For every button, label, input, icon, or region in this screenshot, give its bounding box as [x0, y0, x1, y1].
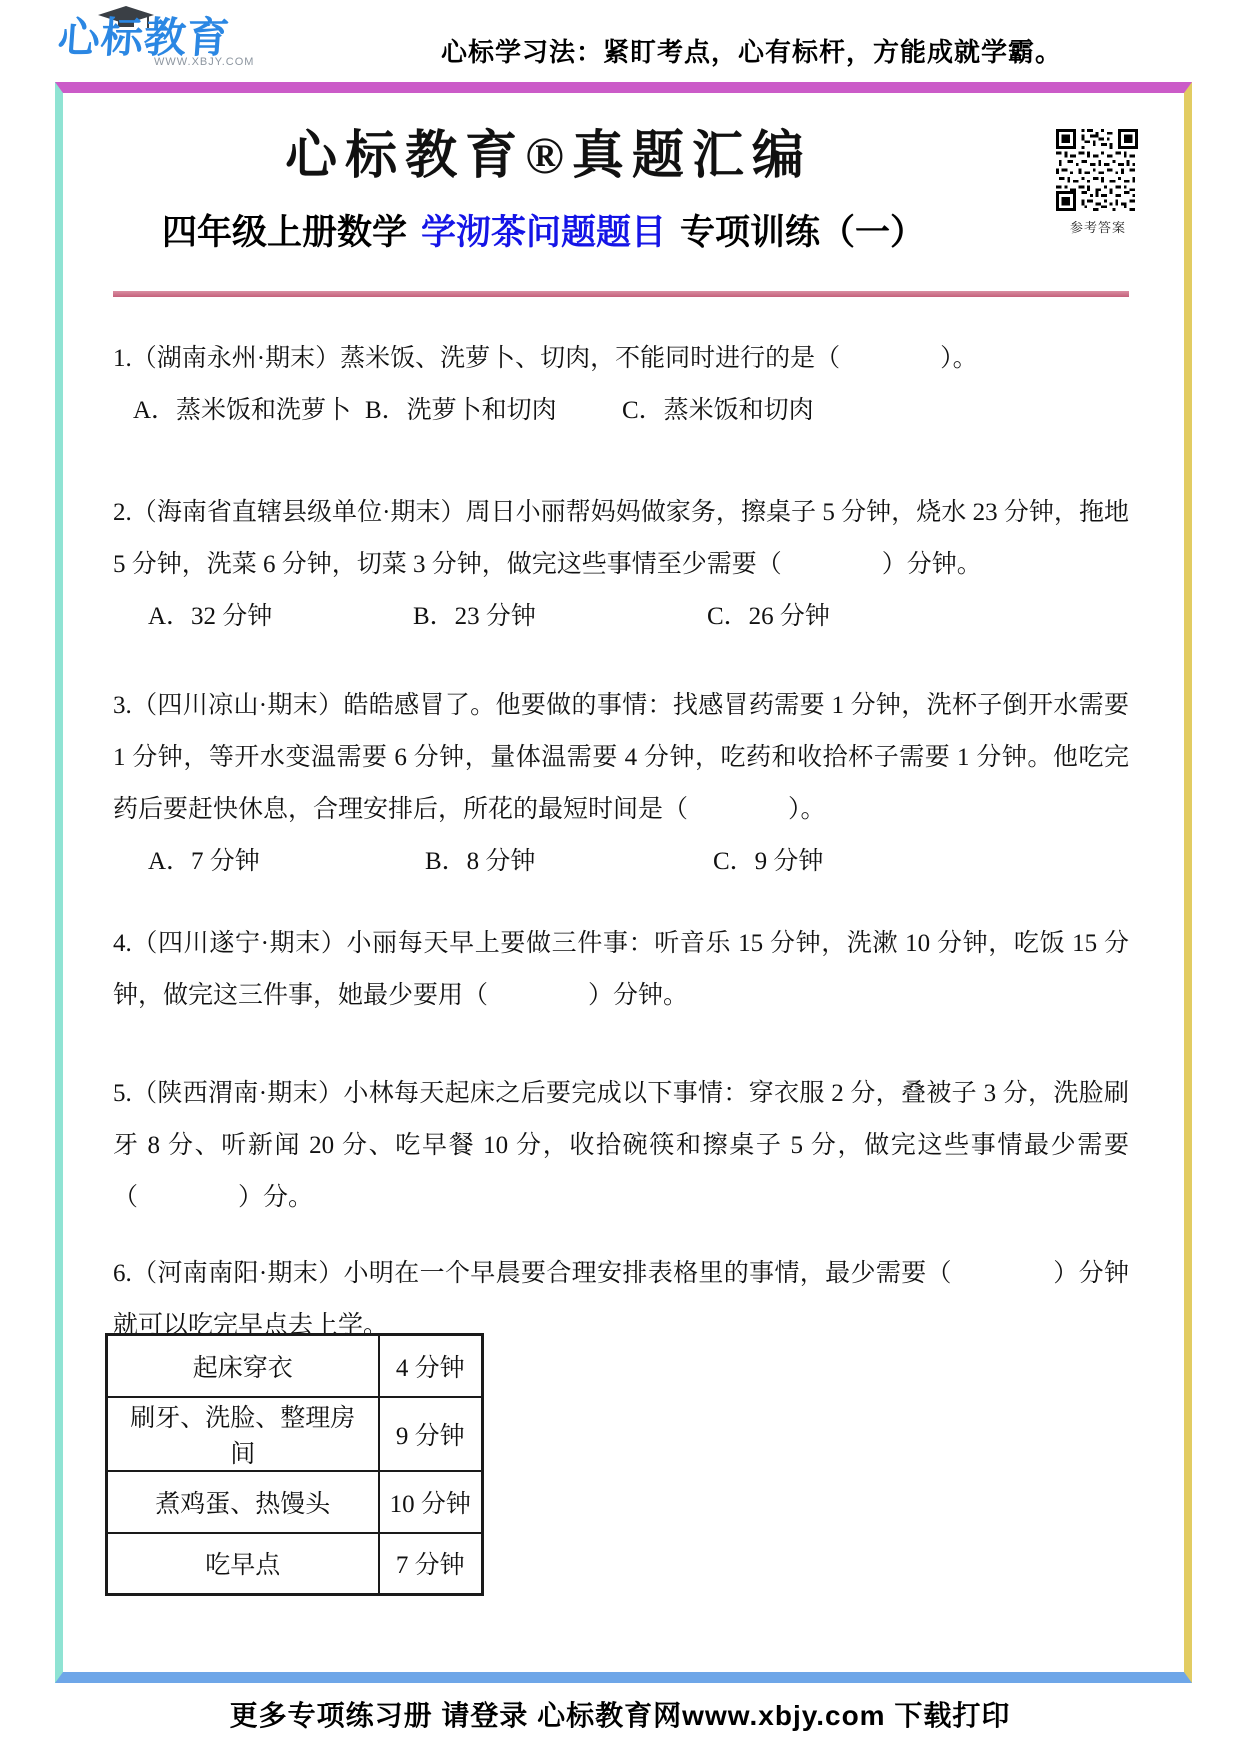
table-row: 吃早点 7 分钟	[107, 1533, 483, 1595]
task-cell: 起床穿衣	[107, 1335, 379, 1397]
question-3-option-a: A．7 分钟	[148, 836, 260, 888]
footer-note: 更多专项练习册 请登录 心标教育网www.xbjy.com 下载打印	[0, 1694, 1240, 1734]
time-cell: 9 分钟	[379, 1397, 483, 1471]
page-frame: 心标教育®真题汇编 参考答案 四年级上册数学学沏茶问题题目专项训练（一） 1.（…	[55, 82, 1192, 1683]
question-2: 2.（海南省直辖县级单位·期末）周日小丽帮妈妈做家务，擦桌子 5 分钟，烧水 2…	[113, 487, 1129, 643]
table-row: 刷牙、洗脸、整理房间 9 分钟	[107, 1397, 483, 1471]
header-slogan: 心标学习法：紧盯考点，心有标杆，方能成就学霸。	[441, 32, 1062, 69]
question-1-option-a: A．蒸米饭和洗萝卜	[133, 385, 351, 437]
question-2-option-c: C．26 分钟	[707, 591, 830, 643]
subtitle-highlight: 学沏茶问题题目	[421, 213, 666, 252]
task-cell: 吃早点	[107, 1533, 379, 1595]
question-3-option-b: B．8 分钟	[425, 836, 535, 888]
question-1-option-c: C．蒸米饭和切肉	[622, 385, 814, 437]
subtitle-suffix: 专项训练（一）	[680, 213, 925, 252]
question-3-options: A．7 分钟 B．8 分钟 C．9 分钟	[113, 836, 1129, 888]
question-5-text: 5.（陕西渭南·期末）小林每天起床之后要完成以下事情：穿衣服 2 分，叠被子 3…	[113, 1068, 1129, 1224]
title-divider	[113, 291, 1129, 297]
time-cell: 4 分钟	[379, 1335, 483, 1397]
qr-code-icon	[1056, 129, 1138, 211]
question-3-option-c: C．9 分钟	[713, 836, 823, 888]
task-cell: 煮鸡蛋、热馒头	[107, 1471, 379, 1533]
document-title: 心标教育®真题汇编	[63, 113, 1184, 188]
question-1-option-b: B．洗萝卜和切肉	[365, 385, 557, 437]
question-3: 3.（四川凉山·期末）皓皓感冒了。他要做的事情：找感冒药需要 1 分钟，洗杯子倒…	[113, 680, 1129, 888]
question-3-text: 3.（四川凉山·期末）皓皓感冒了。他要做的事情：找感冒药需要 1 分钟，洗杯子倒…	[113, 680, 1129, 836]
question-1-options: A．蒸米饭和洗萝卜 B．洗萝卜和切肉 C．蒸米饭和切肉	[113, 385, 1129, 437]
question-5: 5.（陕西渭南·期末）小林每天起床之后要完成以下事情：穿衣服 2 分，叠被子 3…	[113, 1068, 1129, 1224]
question-2-option-a: A．32 分钟	[148, 591, 272, 643]
question-2-text: 2.（海南省直辖县级单位·期末）周日小丽帮妈妈做家务，擦桌子 5 分钟，烧水 2…	[113, 487, 1129, 591]
question-1: 1.（湖南永州·期末）蒸米饭、洗萝卜、切肉，不能同时进行的是（ ）。 A．蒸米饭…	[113, 333, 1129, 437]
logo-text: 心标教育	[56, 16, 289, 60]
table-row: 煮鸡蛋、热馒头 10 分钟	[107, 1471, 483, 1533]
question-2-option-b: B．23 分钟	[413, 591, 536, 643]
subtitle-prefix: 四年级上册数学	[162, 213, 407, 252]
question-4-text: 4.（四川遂宁·期末）小丽每天早上要做三件事：听音乐 15 分钟，洗漱 10 分…	[113, 918, 1129, 1022]
time-cell: 7 分钟	[379, 1533, 483, 1595]
table-row: 起床穿衣 4 分钟	[107, 1335, 483, 1397]
question-1-text: 1.（湖南永州·期末）蒸米饭、洗萝卜、切肉，不能同时进行的是（ ）。	[113, 333, 1129, 385]
morning-tasks-table: 起床穿衣 4 分钟 刷牙、洗脸、整理房间 9 分钟 煮鸡蛋、热馒头 10 分钟 …	[105, 1333, 484, 1596]
logo: 心标教育 WWW.XBJY.COM	[58, 16, 288, 68]
task-cell: 刷牙、洗脸、整理房间	[107, 1397, 379, 1471]
question-2-options: A．32 分钟 B．23 分钟 C．26 分钟	[113, 591, 1129, 643]
document-subtitle: 四年级上册数学学沏茶问题题目专项训练（一）	[63, 205, 1184, 255]
time-cell: 10 分钟	[379, 1471, 483, 1533]
question-4: 4.（四川遂宁·期末）小丽每天早上要做三件事：听音乐 15 分钟，洗漱 10 分…	[113, 918, 1129, 1022]
